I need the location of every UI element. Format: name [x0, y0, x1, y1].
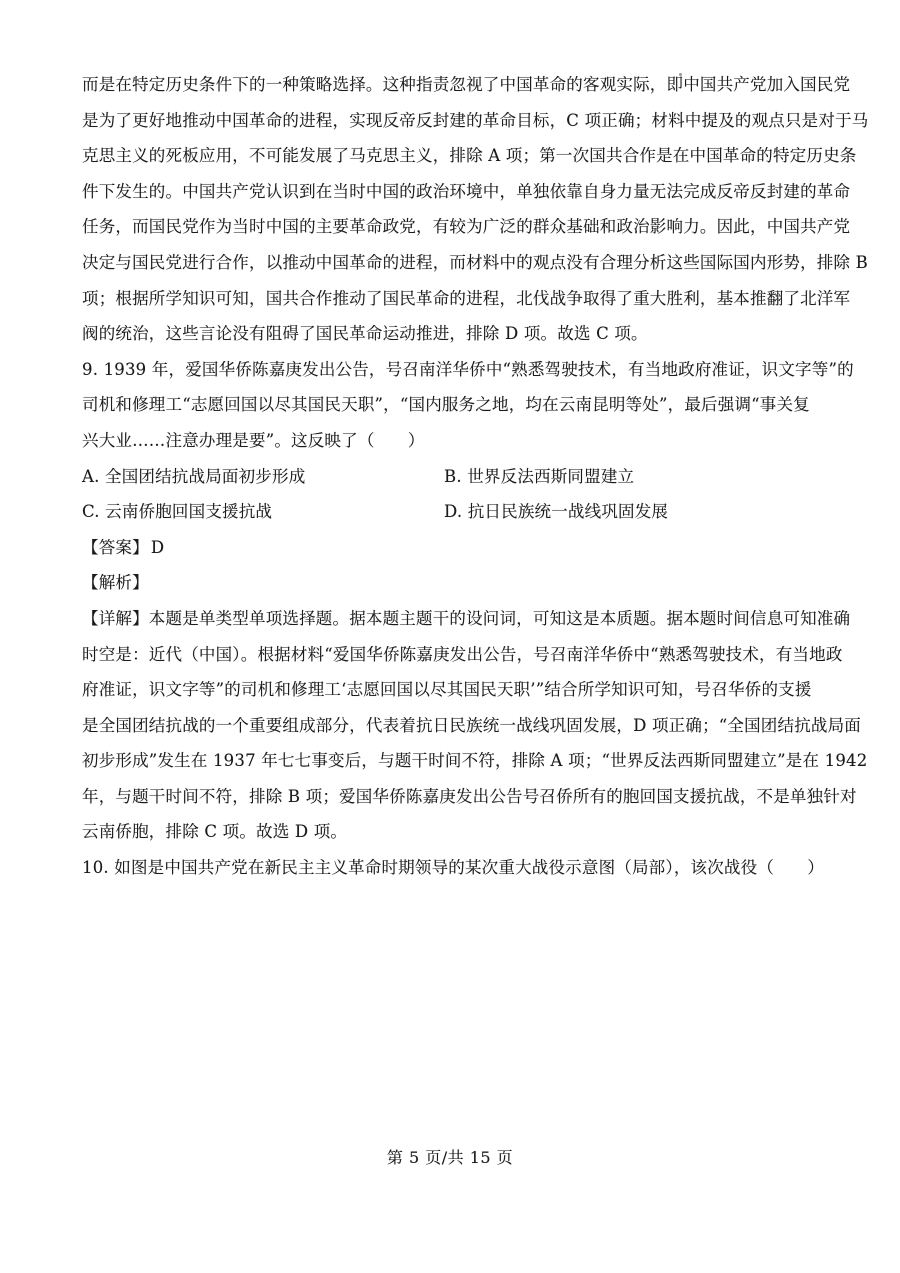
page-content: 而是在特定历史条件下的一种策略选择。这种指责忽视了中国革命的客观实际，即中国共产… — [82, 67, 824, 886]
answer-label: 【答案】 — [82, 538, 149, 557]
question-9-detail-explanation: 【详解】本题是单类型单项选择题。据本题主题干的设问词，可知这是本质题。据本题时间… — [82, 601, 824, 850]
text-line: 任务，而国民党作为当时中国的主要革命政党，有较为广泛的群众基础和政治影响力。因此… — [82, 209, 824, 245]
text-line: 而是在特定历史条件下的一种策略选择。这种指责忽视了中国革命的客观实际，即中国共产… — [82, 67, 824, 103]
answer-line: 【答案】D — [82, 530, 824, 566]
text-line: 是为了更好地推动中国革命的进程，实现反帝反封建的革命目标，C 项正确；材料中提及… — [82, 103, 824, 139]
option-b: B. 世界反法西斯同盟建立 — [444, 459, 634, 495]
text-line: 是全国团结抗战的一个重要组成部分，代表着抗日民族统一战线巩固发展，D 项正确；“… — [82, 708, 824, 744]
text-line: 兴大业……注意办理是要”。这反映了（ ） — [82, 423, 824, 459]
text-line: 决定与国民党进行合作，以推动中国革命的进程，而材料中的观点没有合理分析这些国际国… — [82, 245, 824, 281]
answer-value: D — [149, 538, 164, 557]
question-9-stem: 9. 1939 年，爱国华侨陈嘉庚发出公告，号召南洋华侨中“熟悉驾驶技术，有当地… — [82, 352, 824, 459]
text-line: 阀的统治，这些言论没有阻碍了国民革命运动推进，排除 D 项。故选 C 项。 — [82, 316, 824, 352]
options-row-cd: C. 云南侨胞回国支援抗战 D. 抗日民族统一战线巩固发展 — [82, 494, 824, 530]
text-line: 年，与题干时间不符，排除 B 项；爱国华侨陈嘉庚发出公告号召侨所有的胞回国支援抗… — [82, 779, 824, 815]
text-line: 府准证，识文字等”的司机和修理工‘志愿回国以尽其国民天职’”结合所学知识可知，号… — [82, 672, 824, 708]
analysis-label: 【解析】 — [82, 573, 149, 592]
analysis-label-line: 【解析】 — [82, 565, 824, 601]
options-row-ab: A. 全国团结抗战局面初步形成 B. 世界反法西斯同盟建立 — [82, 459, 824, 495]
text-line: 克思主义的死板应用，不可能发展了马克思主义，排除 A 项；第一次国共合作是在中国… — [82, 138, 824, 174]
text-line: 时空是：近代（中国）。根据材料“爱国华侨陈嘉庚发出公告，号召南洋华侨中“熟悉驾驶… — [82, 637, 824, 673]
question-10-stem: 10. 如图是中国共产党在新民主主义革命时期领导的某次重大战役示意图（局部），该… — [82, 850, 824, 886]
exam-solution-page: 而是在特定历史条件下的一种策略选择。这种指责忽视了中国革命的客观实际，即中国共产… — [0, 0, 900, 1273]
text-line: 9. 1939 年，爱国华侨陈嘉庚发出公告，号召南洋华侨中“熟悉驾驶技术，有当地… — [82, 352, 824, 388]
page-number-indicator: 第 5 页/共 15 页 — [387, 1148, 513, 1167]
text-line: 司机和修理工“志愿回国以尽其国民天职”，“国内服务之地，均在云南昆明等处”，最后… — [82, 387, 824, 423]
option-d: D. 抗日民族统一战线巩固发展 — [444, 494, 668, 530]
page-footer: 第 5 页/共 15 页 — [0, 1146, 900, 1170]
text-line: 项；根据所学知识可知，国共合作推动了国民革命的进程，北伐战争取得了重大胜利，基本… — [82, 281, 824, 317]
text-line: 云南侨胞，排除 C 项。故选 D 项。 — [82, 814, 824, 850]
text-line: 件下发生的。中国共产党认识到在当时中国的政治环境中，单独依靠自身力量无法完成反帝… — [82, 174, 824, 210]
option-a: A. 全国团结抗战局面初步形成 — [82, 459, 444, 495]
question-8-explanation-continuation: 而是在特定历史条件下的一种策略选择。这种指责忽视了中国革命的客观实际，即中国共产… — [82, 67, 824, 352]
option-c: C. 云南侨胞回国支援抗战 — [82, 494, 444, 530]
question-9-options: A. 全国团结抗战局面初步形成 B. 世界反法西斯同盟建立 C. 云南侨胞回国支… — [82, 459, 824, 530]
text-line: 初步形成”发生在 1937 年七七事变后，与题干时间不符，排除 A 项；“世界反… — [82, 743, 824, 779]
text-line: 【详解】本题是单类型单项选择题。据本题主题干的设问词，可知这是本质题。据本题时间… — [82, 601, 824, 637]
text-line: 10. 如图是中国共产党在新民主主义革命时期领导的某次重大战役示意图（局部），该… — [82, 850, 824, 886]
